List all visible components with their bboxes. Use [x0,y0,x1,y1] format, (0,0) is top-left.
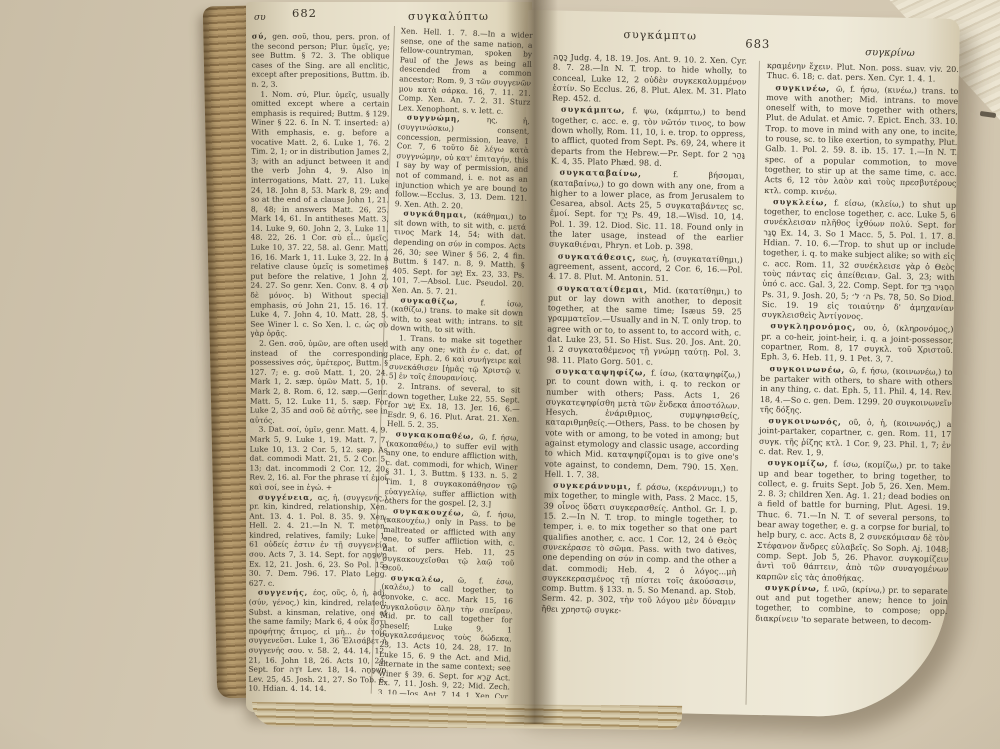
entry-headword: συγγένεια, [258,492,318,501]
entry-headword: συγκακουχέω, [393,506,472,518]
entry-headword: συγκατάθεσις, [558,250,641,262]
dictionary-paragraph: συγγένεια, ας, ἡ, (συγγενής,) pr. kin, k… [249,492,388,589]
dictionary-paragraph: συγκακουχέω, ῶ, f. ήσω, (κακουχέω,) only… [382,506,516,578]
entry-headword: συγκατατίθεμαι, [557,282,653,294]
dictionary-paragraph: συγκλείω, f. είσω, (κλείω,) to shut up t… [762,196,957,325]
running-head-right-verso: συγκαλύπτω [408,10,489,23]
dictionary-paragraph: 2. Gen. σοῦ, ὑμῶν, are often used instea… [250,339,388,426]
dictionary-paragraph: 3. Dat. σοί, ὑμῖν, genr. Matt. 4, 9. Mar… [249,425,387,493]
dictionary-paragraph: συγκομίζω, f. ίσω, (κομίζω,) pr. to take… [756,457,951,586]
dictionary-paragraph: συγκοινωνός, οῦ, ὁ, ἡ, (κοινωνός,) a joi… [759,415,952,461]
dictionary-paragraph: συγκατατίθεμαι, Mid. (κατατίθημι,) to pu… [547,282,743,369]
page-number-682: 682 [292,6,317,20]
dictionary-paragraph: 2. Intrans. of several, to sit down toge… [387,381,521,434]
dictionary-paragraph: συγκακοπαθέω, ῶ, f. ήσω, (κακοπαθέω,) to… [384,429,519,510]
dictionary-paragraph: συγκινέω, ῶ, f. ήσω, (κινέω,) trans. to … [764,82,958,200]
dictionary-paragraph: σύ, gen. σοῦ, thou, pers. pron. of the s… [251,32,389,90]
entry-headword: συγγενής, [258,588,313,597]
dictionary-paragraph: כָּסָה Judg. 4, 18. 19. Jos. Ant. 9. 10.… [552,53,747,109]
entry-headword: συγκακοπαθέω, [396,429,480,441]
dictionary-paragraph: συγκαλέω, ῶ, f. έσω, (καλέω,) to call to… [377,573,514,699]
dictionary-paragraph: συγγενής, έος, οῦς, ὁ, ἡ, adj. (σύν, γέν… [248,588,387,694]
entry-headword: συγκαταβαίνω, [560,167,674,179]
page-edge-smudge [980,111,997,118]
book-photograph: συ 682 συγκαλύπτω σύ, gen. σοῦ, thou, pe… [0,0,1000,749]
entry-headword: συγκρίνω, [765,582,824,593]
right-page-column-1: כָּסָה Judg. 4, 18. 19. Jos. Ant. 9. 10.… [540,53,748,707]
entry-headword: συγκλείω, [773,196,834,207]
entry-headword: συγκοινωνός, [768,415,848,427]
page-number-683: 683 [745,37,770,52]
dictionary-paragraph: συγκάμπτω, f. ψω, (κάμπτω,) to bend toge… [551,104,746,171]
running-head-left-verso: συ [254,13,266,23]
left-page-column-1: σύ, gen. σοῦ, thou, pers. pron. of the s… [248,32,390,709]
left-page-column-2: Xen. Hell. 1. 7. 8.—In a wider sense, on… [371,26,533,698]
running-head-right-recto: συγκρίνω [865,47,915,59]
entry-headword: συγκαλέω, [391,573,459,584]
dictionary-paragraph: συγκοινωνέω, ῶ, f. ήσω, (κοινωνέω,) to b… [760,363,953,419]
entry-headword: συγκάμπτω, [561,104,633,115]
dictionary-paragraph: συγγνώμη, ης, ἡ, (συγγινώσκω,) consent, … [395,113,530,213]
entry-headword: συγκάθημαι, [403,209,474,220]
dictionary-paragraph: συγκρίνω, f. ινῶ, (κρίνω,) pr. to separa… [755,582,948,628]
entry-headword: συγκληρονόμος, [770,321,863,333]
entry-headword: συγγνώμη, [407,113,487,125]
entry-headword: συγκεράννυμι, [553,480,637,492]
dictionary-paragraph: συγκαταψηφίζω, f. ίσω, (καταψηφίζω,) pr.… [544,365,740,483]
running-head-left-recto: συγκάμπτω [623,28,697,43]
entry-headword: συγκομίζω, [767,457,833,468]
entry-headword: συγκαταψηφίζω, [555,366,651,378]
entry-headword: συγκοινωνέω, [769,363,849,375]
dictionary-paragraph: συγκεράννυμι, f. ράσω, (κεράννυμι,) to m… [541,480,738,619]
dictionary-paragraph: 1. Nom. σύ, Plur. ὑμεῖς, usually omitted… [250,89,389,339]
dictionary-paragraph: 1. Trans. to make sit together with any … [389,333,523,386]
dictionary-paragraph: Xen. Hell. 1. 7. 8.—In a wider sense, on… [398,26,533,117]
entry-headword: συγκινέω, [775,82,836,93]
dictionary-paragraph: συγκληρονόμος, ου, ὁ, (κληρονόμος,) pr. … [761,320,954,366]
entry-headword: σύ, [252,32,273,41]
dictionary-paragraph: συγκαταβαίνω, f. βήσομαι, (καταβαίνω,) t… [549,167,745,254]
right-page-column-2: κραμένην ἔχειν. Plut. Non. poss. suav. v… [745,61,958,709]
dictionary-paragraph: συγκατάθεσις, εως, ἡ, (συγκατατίθημι,) a… [548,250,743,286]
dictionary-paragraph: συγκάθημαι, (κάθημαι,) to sit down with,… [392,208,527,299]
dictionary-paragraph: συγκαθίζω, f. ίσω, (καθίζω,) trans. to m… [390,295,523,338]
entry-headword: συγκαθίζω, [400,295,480,307]
right-page: συγκάμπτω 683 συγκρίνω כָּסָה Judg. 4, 1… [513,10,960,719]
